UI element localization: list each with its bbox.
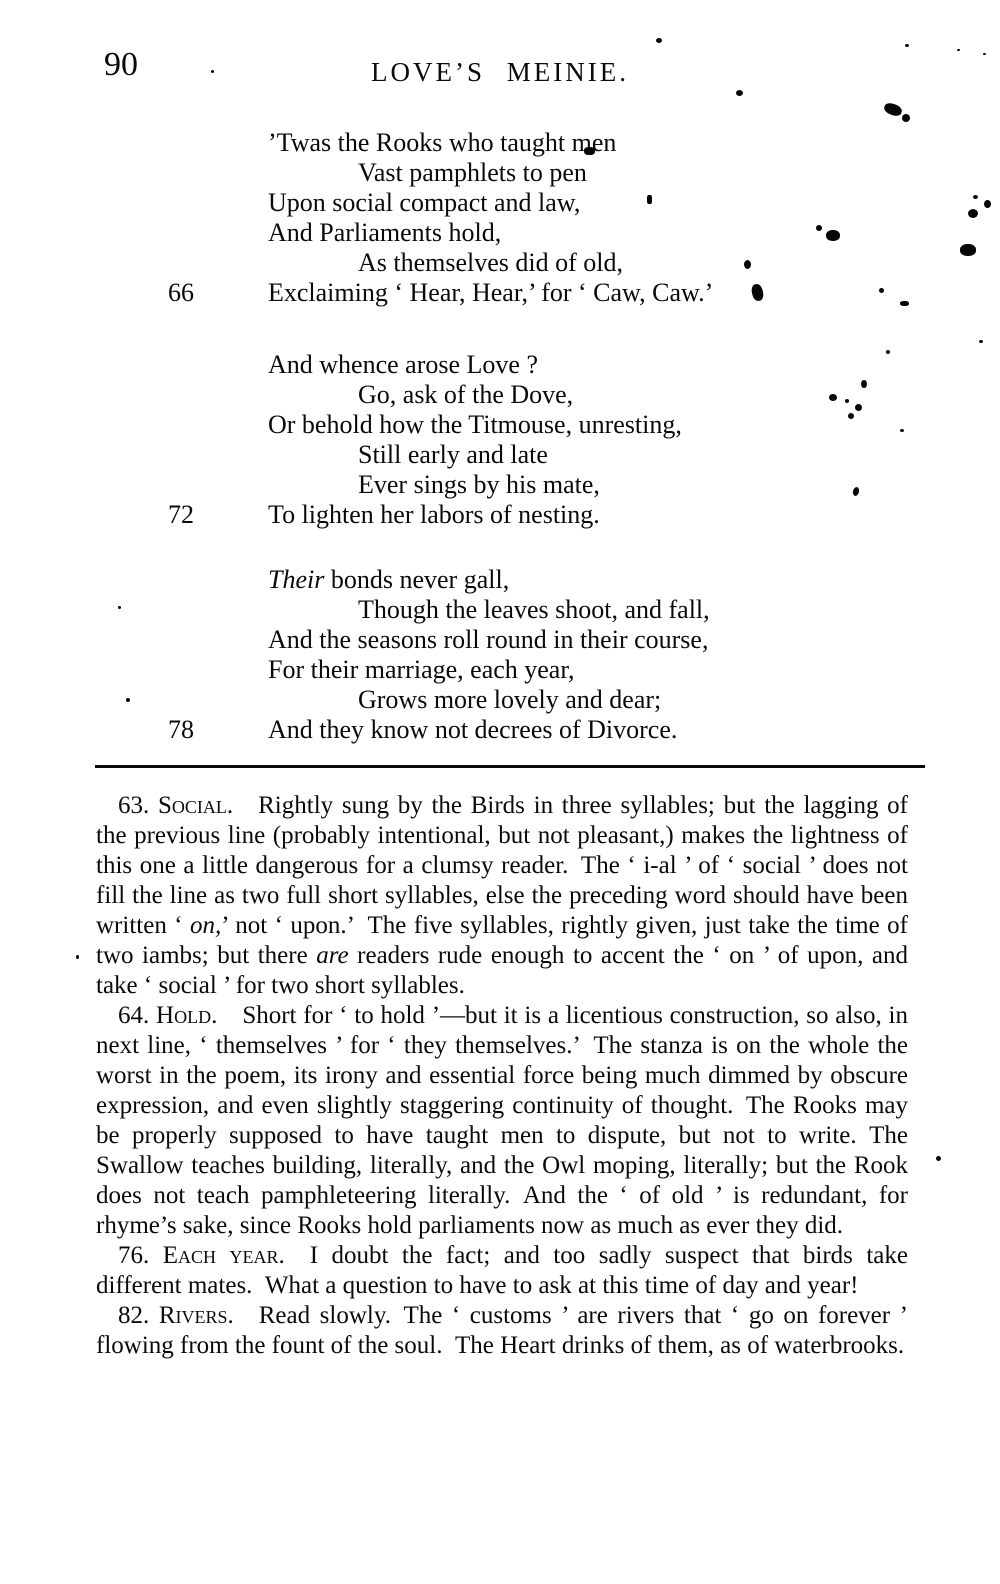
ink-speck — [736, 90, 743, 96]
poem-line-text: And the seasons roll round in their cour… — [268, 625, 1000, 655]
poem-line-text: Still early and late — [358, 440, 1000, 470]
poem-line: Still early and late — [0, 440, 1000, 470]
footnote-term: Social. — [158, 792, 233, 819]
poem-line-text: And whence arose Love ? — [268, 350, 1000, 380]
poem-line-text: Grows more lovely and dear; — [358, 685, 1000, 715]
ink-speck — [845, 399, 849, 403]
ink-speck — [829, 394, 837, 401]
footnote-number: 63. — [118, 792, 158, 819]
footnote-text-segment: Short for ‘ to hold ’—but it is a licent… — [96, 1002, 908, 1239]
ink-speck — [76, 955, 79, 959]
ink-speck — [900, 429, 904, 432]
ink-speck — [816, 225, 822, 231]
poem-text-segment: ’Twas the Rooks who taught men — [268, 128, 616, 157]
ink-speck — [957, 49, 960, 51]
ink-speck — [656, 38, 662, 43]
footnote: 64. Hold. Short for ‘ to hold ’—but it i… — [96, 1001, 908, 1241]
book-page-scan: 90 LOVE’S MEINIE. ’Twas the Rooks who ta… — [0, 0, 1000, 1584]
poem-text-segment: Ever sings by his mate, — [358, 470, 600, 499]
footnote-italic-word: are — [316, 942, 348, 969]
ink-speck — [900, 301, 909, 306]
poem-line-text: Go, ask of the Dove, — [358, 380, 1000, 410]
poem-text-segment: As themselves did of old, — [358, 248, 623, 277]
poem-line-number: 72 — [168, 500, 194, 530]
footnote-number: 76. — [118, 1242, 163, 1269]
poem-text-segment: Upon social compact and law, — [268, 188, 580, 217]
poem-text-segment: bonds never gall, — [324, 565, 509, 594]
poem-stanza: And whence arose Love ?Go, ask of the Do… — [0, 350, 1000, 530]
ink-speck — [960, 244, 976, 256]
ink-speck — [973, 195, 978, 199]
running-title: LOVE’S MEINIE. — [0, 58, 1000, 86]
poem-line-text: Their bonds never gall, — [268, 565, 1000, 595]
ink-speck — [744, 260, 751, 269]
footnote-divider-rule — [95, 765, 925, 768]
poem-line-text: And they know not decrees of Divorce. — [268, 715, 1000, 745]
poem-line: Upon social compact and law, — [0, 188, 1000, 218]
poem-text-segment: For their marriage, each year, — [268, 655, 574, 684]
poem-text-segment: Exclaiming ‘ Hear, Hear,’ for ‘ Caw, Caw… — [268, 278, 713, 307]
ink-speck — [861, 380, 867, 388]
poem-text-segment: To lighten her labors of nesting. — [268, 500, 600, 529]
poem-line: Ever sings by his mate, — [0, 470, 1000, 500]
poem-line-text: For their marriage, each year, — [268, 655, 1000, 685]
ink-speck — [848, 413, 854, 419]
footnote-number: 82. — [118, 1302, 159, 1329]
poem-text-segment: Though the leaves shoot, and fall, — [358, 595, 710, 624]
footnote: 82. Rivers. Read slowly. The ‘ customs ’… — [96, 1301, 908, 1361]
poem-line: As themselves did of old, — [0, 248, 1000, 278]
poem-text-segment: And whence arose Love ? — [268, 350, 538, 379]
poem-text-segment: And Parliaments hold, — [268, 218, 501, 247]
poem-text-segment: Grows more lovely and dear; — [358, 685, 661, 714]
footnote-term: Hold. — [156, 1002, 217, 1029]
poem-line: 72To lighten her labors of nesting. — [0, 500, 1000, 530]
poem-line: ’Twas the Rooks who taught men — [0, 128, 1000, 158]
ink-speck — [211, 70, 214, 73]
poem-line-text: And Parliaments hold, — [268, 218, 1000, 248]
poem-line-text: To lighten her labors of nesting. — [268, 500, 1000, 530]
footnotes-section: 63. Social. Rightly sung by the Birds in… — [96, 791, 908, 1361]
poem-line-text: Or behold how the Titmouse, unresting, — [268, 410, 1000, 440]
poem-line-text: Though the leaves shoot, and fall, — [358, 595, 1000, 625]
poem-line: Go, ask of the Dove, — [0, 380, 1000, 410]
poem-line: 78And they know not decrees of Divorce. — [0, 715, 1000, 745]
ink-speck — [905, 44, 909, 47]
poem-line-text: As themselves did of old, — [358, 248, 1000, 278]
poem-italic-word: Their — [268, 565, 324, 594]
poem-line: Though the leaves shoot, and fall, — [0, 595, 1000, 625]
ink-speck — [936, 1156, 941, 1161]
poem-line-text: Vast pamphlets to pen — [358, 158, 1000, 188]
ink-speck — [826, 230, 840, 241]
poem-text-segment: Still early and late — [358, 440, 548, 469]
footnote: 63. Social. Rightly sung by the Birds in… — [96, 791, 908, 1001]
ink-speck — [879, 288, 884, 293]
ink-speck — [983, 53, 986, 55]
footnote-number: 64. — [118, 1002, 156, 1029]
ink-speck — [979, 340, 983, 343]
poem-line-text: ’Twas the Rooks who taught men — [268, 128, 1000, 158]
ink-speck — [126, 698, 130, 702]
poem-text-segment: Go, ask of the Dove, — [358, 380, 573, 409]
poem-line-number: 78 — [168, 715, 194, 745]
poem-line: And the seasons roll round in their cour… — [0, 625, 1000, 655]
poem-line: Their bonds never gall, — [0, 565, 1000, 595]
poem-text-segment: Vast pamphlets to pen — [358, 158, 587, 187]
poem-line-number: 66 — [168, 278, 194, 308]
ink-speck — [118, 606, 121, 609]
ink-speck — [647, 195, 652, 204]
poem-line-text: Ever sings by his mate, — [358, 470, 1000, 500]
footnote: 76. Each year. I doubt the fact; and too… — [96, 1241, 908, 1301]
poem-stanza: Their bonds never gall,Though the leaves… — [0, 565, 1000, 745]
poem-stanza: ’Twas the Rooks who taught menVast pamph… — [0, 128, 1000, 308]
poem-line: And whence arose Love ? — [0, 350, 1000, 380]
footnote-term: Each year. — [163, 1242, 285, 1269]
poem-line-text: Upon social compact and law, — [268, 188, 1000, 218]
ink-speck — [855, 404, 862, 411]
poem-line: 66Exclaiming ‘ Hear, Hear,’ for ‘ Caw, C… — [0, 278, 1000, 308]
ink-speck — [902, 114, 910, 122]
poem-text-segment: And the seasons roll round in their cour… — [268, 625, 708, 654]
poem-line: And Parliaments hold, — [0, 218, 1000, 248]
ink-speck — [968, 209, 978, 218]
poem-text-segment: And they know not decrees of Divorce. — [268, 715, 677, 744]
ink-speck — [883, 101, 904, 117]
footnote-italic-word: on, — [190, 912, 221, 939]
poem-line: For their marriage, each year, — [0, 655, 1000, 685]
ink-speck — [584, 147, 595, 155]
ink-speck — [886, 350, 890, 354]
poem-line-text: Exclaiming ‘ Hear, Hear,’ for ‘ Caw, Caw… — [268, 278, 1000, 308]
footnote-term: Rivers. — [159, 1302, 234, 1329]
poem-text-segment: Or behold how the Titmouse, unresting, — [268, 410, 682, 439]
ink-speck — [984, 200, 991, 208]
poem-line: Vast pamphlets to pen — [0, 158, 1000, 188]
poem-line: Grows more lovely and dear; — [0, 685, 1000, 715]
